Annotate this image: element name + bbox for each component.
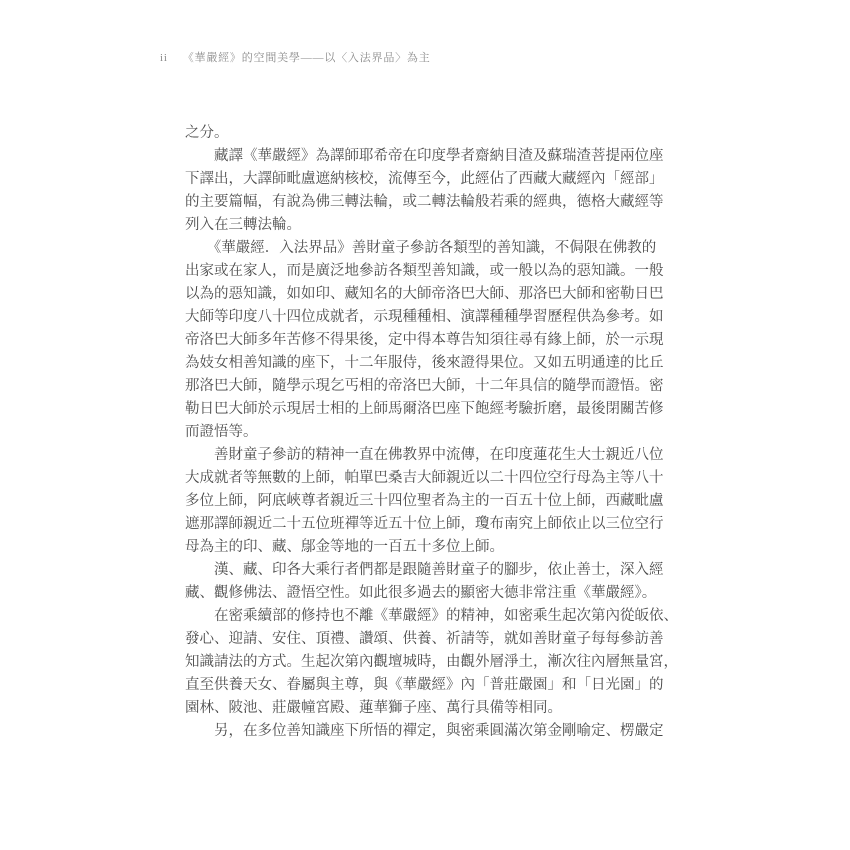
body-text: 之分。 藏譯《華嚴經》為譯師耶希帝在印度學者齋納目渣及蘇瑞渣菩提兩位座下譯出，大… [185, 122, 671, 743]
text-line: 出家或在家人，而是廣泛地參訪各類型善知識，或一般以為的惡知識。一般 [185, 260, 671, 283]
text-line: 之分。 [185, 122, 671, 145]
header-title: 《華嚴經》的空間美學——以〈入法界品〉為主 [183, 49, 431, 65]
text-line: 藏、觀修佛法、證悟空性。如此很多過去的顯密大德非常注重《華嚴經》。 [185, 582, 671, 605]
text-line: 帝洛巴大師多年苦修不得果後，定中得本尊告知須往尋有緣上師，於一示現 [185, 329, 671, 352]
text-line: 列入在三轉法輪。 [185, 214, 671, 237]
text-line: 遮那譯師親近二十五位班禪等近五十位上師，瓊布南究上師依止以三位空行 [185, 513, 671, 536]
text-line: 另，在多位善知識座下所悟的禪定，與密乘圓滿次第金剛喻定、楞嚴定 [185, 720, 671, 743]
text-line: 知識請法的方式。生起次第內觀壇城時，由觀外層淨土，漸次往內層無量宮， [185, 651, 671, 674]
text-line: 園林、陂池、莊嚴幢宮殿、蓮華獅子座、萬行具備等相同。 [185, 697, 671, 720]
text-line: 勒日巴大師於示現居士相的上師馬爾洛巴座下飽經考驗折磨，最後閉關苦修 [185, 398, 671, 421]
running-header: ii 《華嚴經》的空間美學——以〈入法界品〉為主 [160, 49, 431, 65]
text-line: 而證悟等。 [185, 421, 671, 444]
text-line: 以為的惡知識，如如印、藏知名的大師帝洛巴大師、那洛巴大師和密勒日巴 [185, 283, 671, 306]
text-line: 大成就者等無數的上師，帕單巴桑吉大師親近以二十四位空行母為主等八十 [185, 467, 671, 490]
text-line: 多位上師，阿底峽尊者親近三十四位聖者為主的一百五十位上師，西藏毗盧 [185, 490, 671, 513]
text-line: 《華嚴經．入法界品》善財童子參訪各類型的善知識，不侷限在佛教的 [185, 237, 671, 260]
text-line: 藏譯《華嚴經》為譯師耶希帝在印度學者齋納目渣及蘇瑞渣菩提兩位座 [185, 145, 671, 168]
text-line: 母為主的印、藏、鄔金等地的一百五十多位上師。 [185, 536, 671, 559]
text-line: 那洛巴大師，隨學示現乞丐相的帝洛巴大師，十二年具信的隨學而證悟。密 [185, 375, 671, 398]
text-line: 為妓女相善知識的座下，十二年服侍，後來證得果位。又如五明通達的比丘 [185, 352, 671, 375]
text-line: 善財童子參訪的精神一直在佛教界中流傳，在印度蓮花生大士親近八位 [185, 444, 671, 467]
text-line: 大師等印度八十四位成就者，示現種種相、演譯種種學習歷程供為參考。如 [185, 306, 671, 329]
text-line: 下譯出，大譯師毗盧遮納核校，流傳至今，此經佔了西藏大藏經內「經部」 [185, 168, 671, 191]
text-line: 的主要篇幅，有說為佛三轉法輪，或二轉法輪般若乘的經典，德格大藏經等 [185, 191, 671, 214]
text-line: 在密乘續部的修持也不離《華嚴經》的精神，如密乘生起次第內從皈依、 [185, 605, 671, 628]
book-page: ii 《華嚴經》的空間美學——以〈入法界品〉為主 之分。 藏譯《華嚴經》為譯師耶… [0, 0, 850, 850]
page-number: ii [160, 52, 168, 64]
text-line: 直至供養天女、眷屬與主尊，與《華嚴經》內「普莊嚴園」和「日光園」的 [185, 674, 671, 697]
text-line: 發心、迎請、安住、頂禮、讚頌、供養、祈請等，就如善財童子每每參訪善 [185, 628, 671, 651]
text-line: 漢、藏、印各大乘行者們都是跟隨善財童子的腳步，依止善士，深入經 [185, 559, 671, 582]
